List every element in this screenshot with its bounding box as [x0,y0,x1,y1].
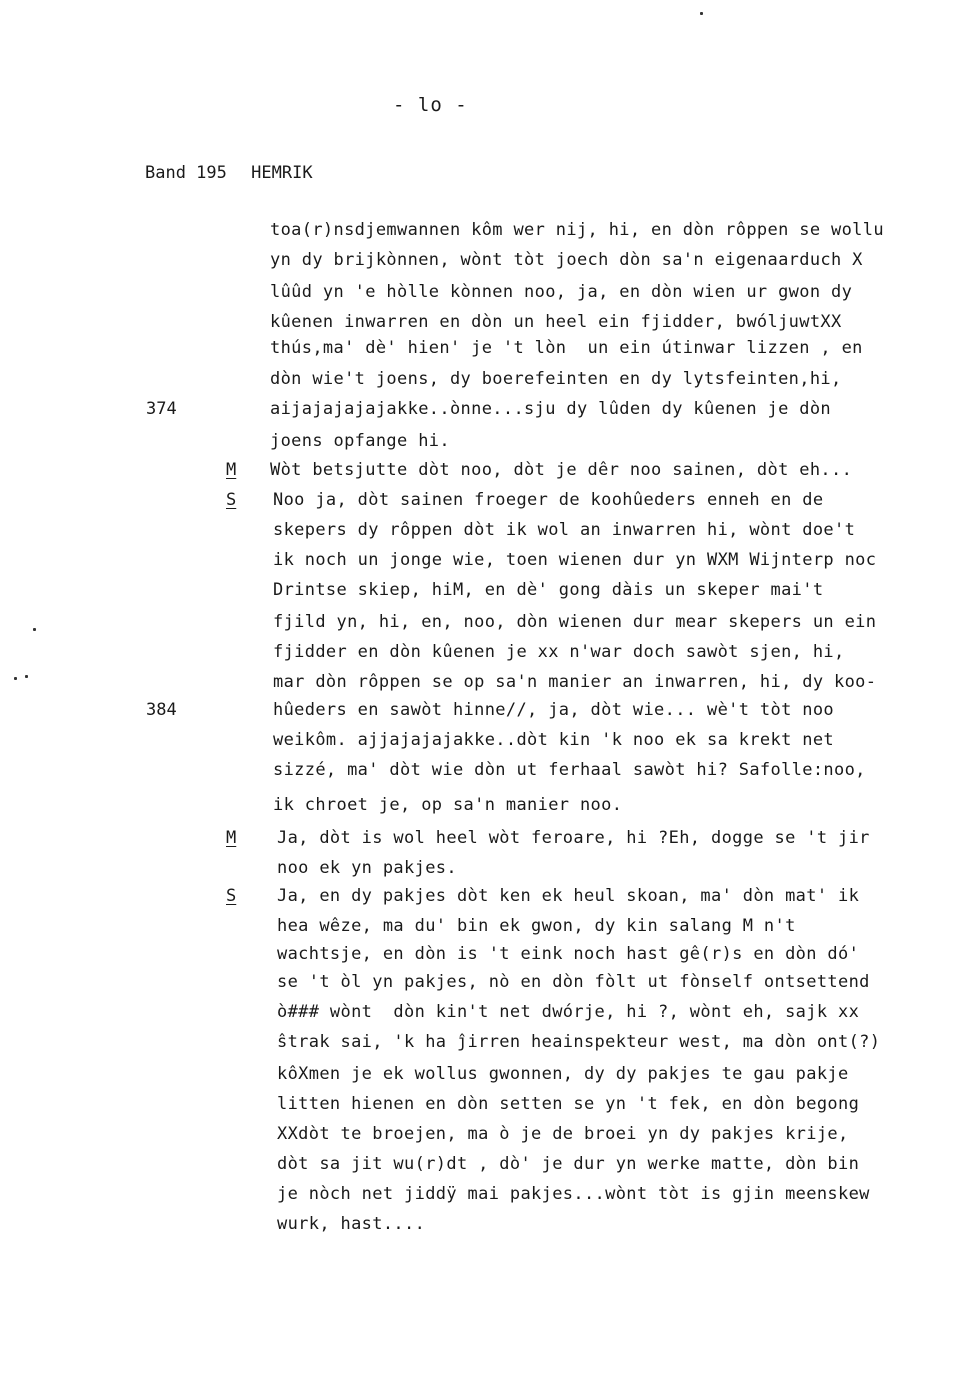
scan-speck [700,12,703,15]
tape-counter-number: 374 [146,399,177,419]
transcript-line: kôXmen je ek wollus gwonnen, dy dy pakje… [277,1064,849,1084]
transcript-line: aijajajajajakke..ònne...sju dy lûden dy … [270,399,831,419]
transcript-line: sizzé, ma' dòt wie dòn ut ferhaal sawòt … [273,760,866,780]
speaker-label: S [226,886,236,906]
transcript-line: Ja, dòt is wol heel wòt feroare, hi ?Eh,… [277,828,870,848]
transcript-line: weikôm. ajjajajajakke..dòt kin 'k noo ek… [273,730,834,750]
transcript-line: kûenen inwarren en dòn un heel ein fjidd… [270,312,842,332]
transcript-line: ik noch un jonge wie, toen wienen dur yn… [273,550,876,570]
transcript-line: wurk, hast.... [277,1214,425,1234]
scan-speck [25,675,28,678]
tape-counter-number: 384 [146,700,177,720]
transcript-line: Wòt betsjutte dòt noo, dòt je dêr noo sa… [270,460,852,480]
speaker-label: M [226,828,236,848]
transcript-line: Noo ja, dòt sainen froeger de koohûeders… [273,490,823,510]
transcript-line: thús,ma' dè' hien' je 't lòn un ein útin… [270,338,863,358]
transcript-line: ò### wònt dòn kin't net dwórje, hi ?, wò… [277,1002,859,1022]
transcript-line: se 't òl yn pakjes, nò en dòn fòlt ut fò… [277,972,870,992]
transcript-line: litten hienen en dòn setten se yn 't fek… [277,1094,859,1114]
transcript-line: dòn wie't joens, dy boerefeinten en dy l… [270,369,842,389]
transcript-line: wachtsje, en dòn is 't eink noch hast gê… [277,944,859,964]
transcript-line: yn dy brijkònnen, wònt tòt joech dòn sa'… [270,250,863,270]
scan-speck [33,628,36,631]
transcript-line: mar dòn rôppen se op sa'n manier an inwa… [273,672,876,692]
band-label: Band 195 [145,163,227,183]
place-name: HEMRIK [251,163,312,183]
transcript-line: fjidder en dòn kûenen je xx n'war doch s… [273,642,845,662]
speaker-label: S [226,490,236,510]
transcript-line: skepers dy rôppen dòt ik wol an inwarren… [273,520,855,540]
transcript-line: joens opfange hi. [270,431,450,451]
speaker-label: M [226,460,236,480]
transcript-line: hea wêze, ma du' bin ek gwon, dy kin sal… [277,916,796,936]
transcript-line: Ja, en dy pakjes dòt ken ek heul skoan, … [277,886,859,906]
page-number: - lo - [393,94,468,116]
transcript-line: ŝtrak sai, 'k ha ĵirren heainspekteur we… [277,1032,880,1052]
transcript-line: fjild yn, hi, en, noo, dòn wienen dur me… [273,612,876,632]
document-header: Band 195 HEMRIK [145,163,313,183]
transcript-line: XXdòt te broejen, ma ò je de broei yn dy… [277,1124,849,1144]
transcript-line: ik chroet je, op sa'n manier noo. [273,795,622,815]
scan-speck [14,677,17,680]
transcript-line: lûûd yn 'e hòlle kònnen noo, ja, en dòn … [270,282,852,302]
transcript-line: noo ek yn pakjes. [277,858,457,878]
transcript-line: Drintse skiep, hiM, en dè' gong dàis un … [273,580,823,600]
transcript-line: dòt sa jit wu(r)dt , dò' je dur yn werke… [277,1154,859,1174]
transcript-line: je nòch net jiddÿ mai pakjes...wònt tòt … [277,1184,870,1204]
transcript-line: toa(r)nsdjemwannen kôm wer nij, hi, en d… [270,220,884,240]
transcript-line: hûeders en sawòt hinne//, ja, dòt wie...… [273,700,834,720]
